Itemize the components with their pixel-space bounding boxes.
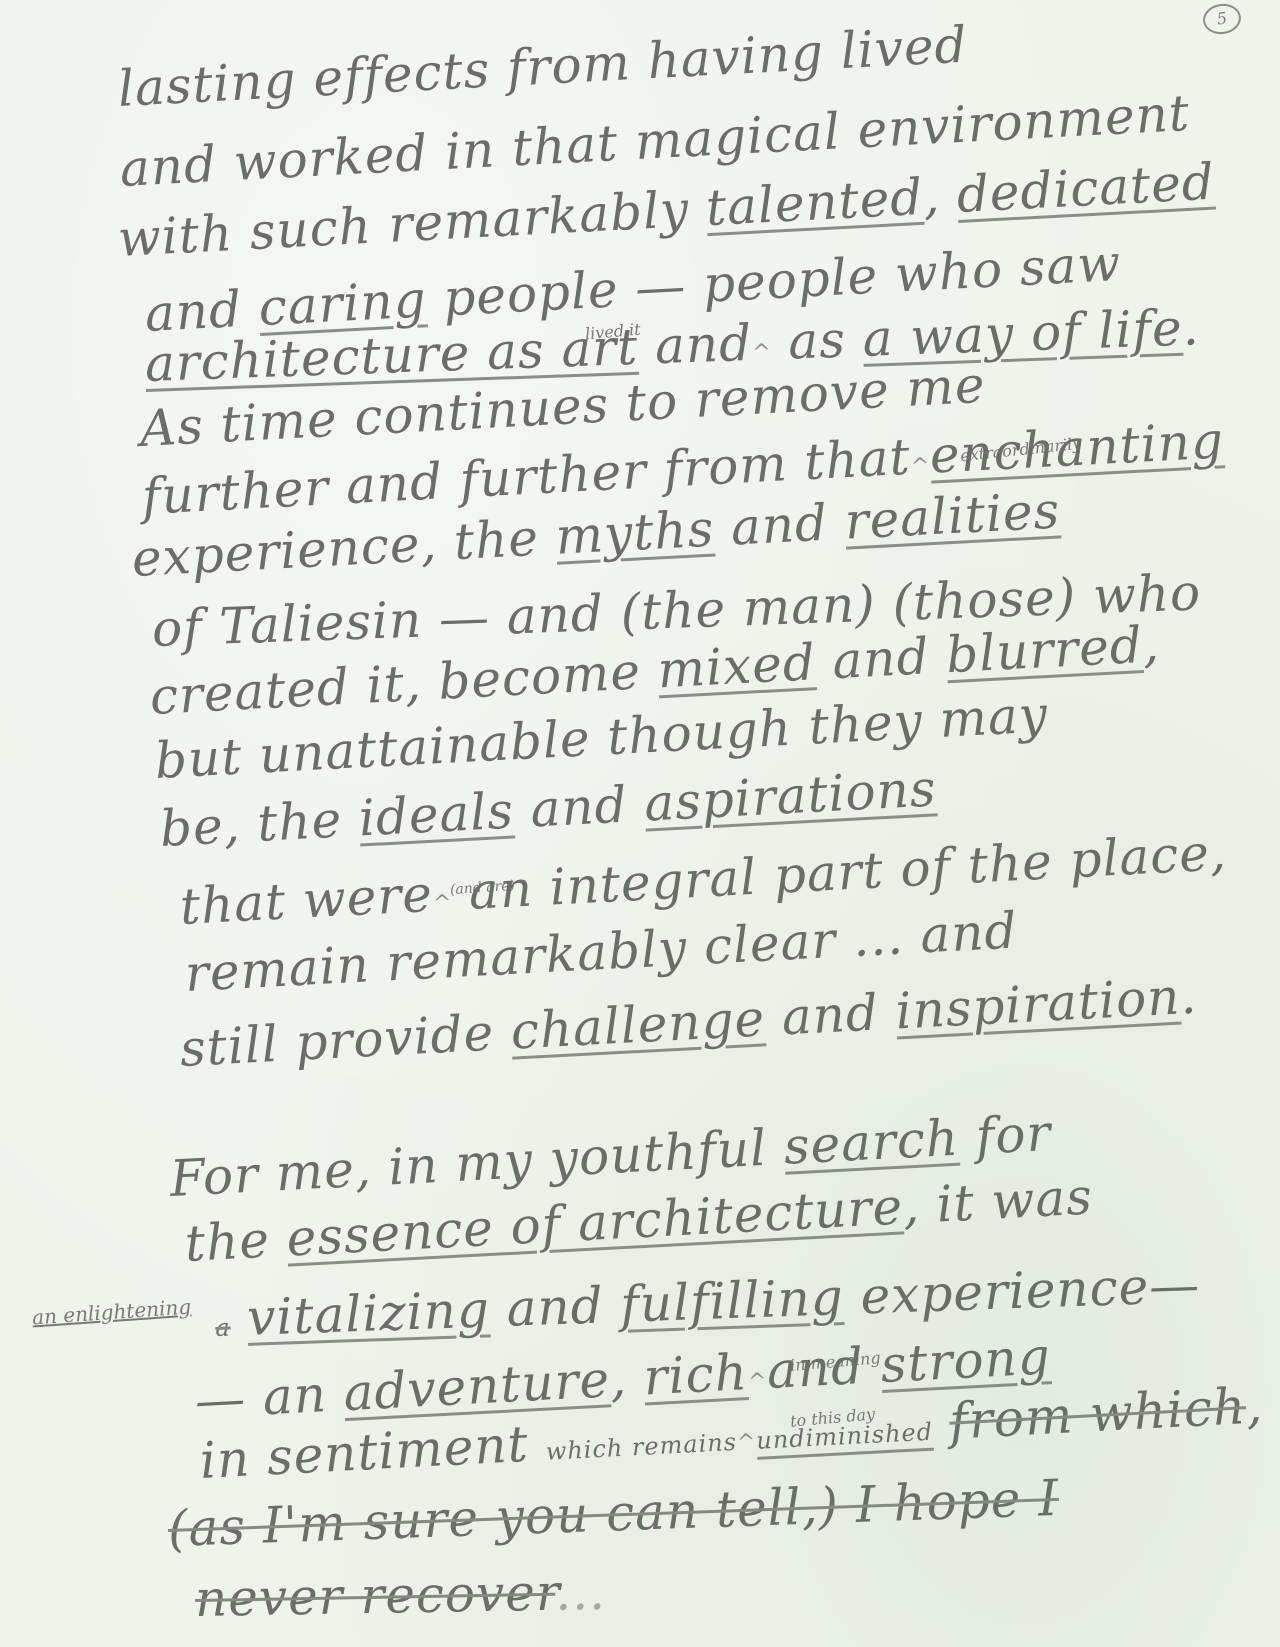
line-text: ... xyxy=(555,1563,607,1622)
line-text: . xyxy=(1181,298,1200,357)
insertion-caret: ^ xyxy=(736,1430,757,1456)
line-text: . xyxy=(1179,967,1199,1026)
line-text: , xyxy=(1244,1376,1264,1435)
line-text: and xyxy=(814,626,948,691)
line-text: be, the xyxy=(158,790,360,858)
line-text: and xyxy=(489,1276,622,1339)
underlined-word-dedicated: dedicated xyxy=(955,153,1216,224)
page-number-circle: 5 xyxy=(1201,2,1243,37)
line-text: , xyxy=(608,1349,645,1409)
line-text: an integral part of the place, xyxy=(451,823,1229,922)
insertion-caret: ^ xyxy=(433,891,454,917)
underlined-word-vitalizing: vitalizing xyxy=(246,1280,491,1346)
insertion-caret: ^ xyxy=(752,340,772,366)
insertion-caret: ^ xyxy=(748,1369,769,1395)
underlined-word-rich: rich xyxy=(642,1343,749,1406)
line-text: experience— xyxy=(843,1256,1201,1326)
underlined-word-strong: strong xyxy=(879,1327,1052,1394)
margin-note: an enlightening xyxy=(31,1294,191,1329)
inserted-text-which-remains: which remains xyxy=(545,1428,738,1466)
underlined-word-ideals: ideals xyxy=(357,782,515,848)
line-text: and xyxy=(766,1336,883,1400)
line-text: that were xyxy=(178,865,434,936)
underlined-phrase-way-of-life: a way of life xyxy=(862,299,1184,368)
underlined-word-fulfilling: fulfilling xyxy=(619,1268,844,1334)
underlined-word-myths: myths xyxy=(554,500,715,566)
underlined-word-blurred: blurred xyxy=(945,616,1144,684)
line-text: the xyxy=(183,1210,288,1273)
underlined-word-mixed: mixed xyxy=(656,633,817,699)
line-text: and xyxy=(763,983,897,1048)
text-line-18: a vitalizing and fulfilling experience— xyxy=(214,1256,1201,1348)
insertion-an-enlightening: an enlightening xyxy=(31,1294,191,1329)
line-text: , xyxy=(1141,615,1161,674)
line-text: and xyxy=(713,493,847,558)
underlined-word-talented: talented xyxy=(704,168,924,237)
underlined-word-undiminished: undiminished xyxy=(756,1418,934,1455)
struck-word-a: a xyxy=(215,1313,231,1342)
underlined-word-inspiration: inspiration xyxy=(894,968,1182,1041)
underlined-word-enchanting: enchanting xyxy=(928,411,1225,484)
line-text: for xyxy=(957,1104,1052,1167)
text-line-22: never recover... xyxy=(194,1563,606,1628)
struck-phrase-from-which: from which xyxy=(948,1377,1248,1450)
line-text: still provide xyxy=(178,1003,512,1078)
underlined-word-challenge: challenge xyxy=(509,989,766,1060)
line-text: and xyxy=(512,775,646,840)
struck-phrase-never-recover: never recover xyxy=(194,1564,555,1628)
line-text: — an xyxy=(193,1364,345,1430)
line-text: and xyxy=(637,314,753,376)
line-text: , xyxy=(922,166,959,226)
underlined-word-aspirations: aspirations xyxy=(643,759,938,832)
underlined-word-search: search xyxy=(782,1109,960,1176)
underlined-word-adventure: adventure xyxy=(342,1350,611,1422)
manuscript-page: 5 lasting effects from having lived and … xyxy=(0,0,1280,1647)
underlined-word-realities: realities xyxy=(843,481,1061,550)
line-text: , it was xyxy=(901,1167,1094,1235)
insertion-caret: ^ xyxy=(910,454,931,480)
